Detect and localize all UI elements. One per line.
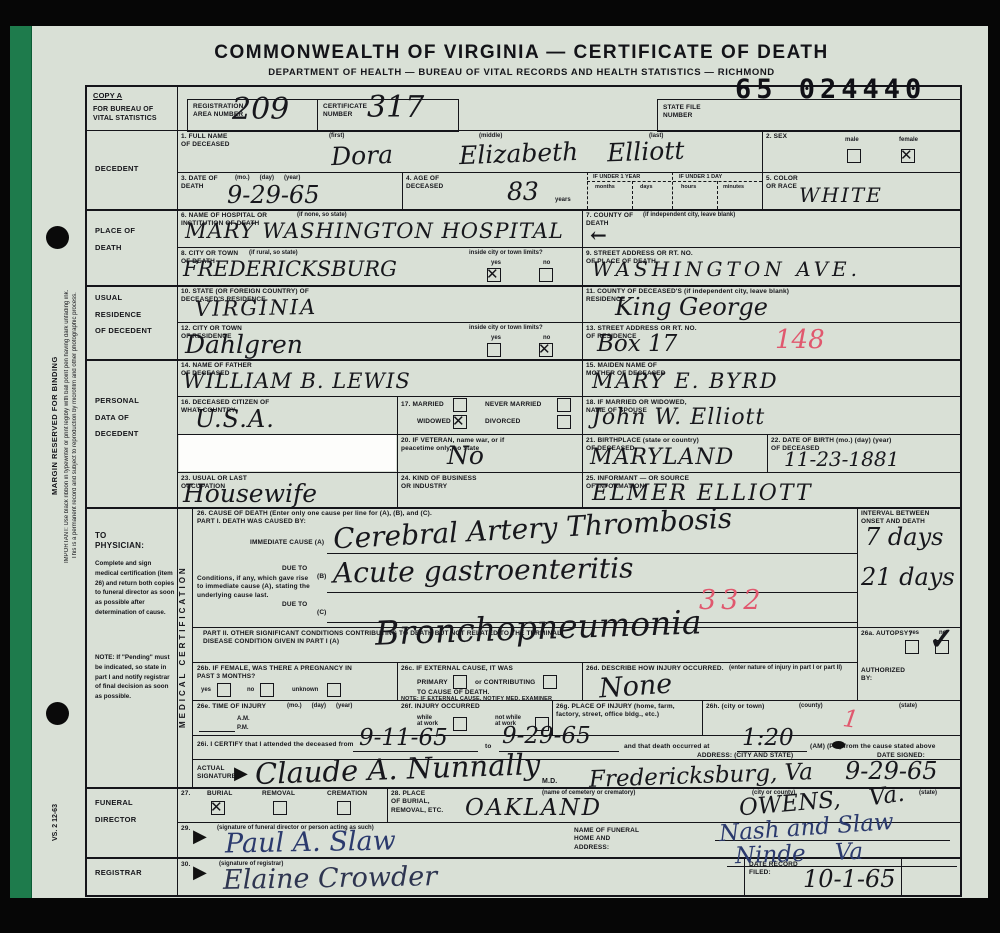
hospital-sub: (if none, so state)	[297, 212, 347, 218]
date-of-death-value: 9-29-65	[227, 183, 320, 207]
birthplace-value: Maryland	[590, 447, 734, 469]
injury-county-label: (county)	[799, 703, 823, 709]
line	[177, 247, 960, 248]
limits-no-checkbox-2	[539, 343, 553, 357]
middle-label: (middle)	[479, 133, 502, 139]
hospital-value: Mary Washington Hospital	[185, 221, 564, 242]
spouse-value: John W. Elliott	[592, 407, 765, 429]
city-of-death-value: Fredericksburg	[183, 259, 397, 280]
injury-occurred-label: 26f. INJURY OCCURRED	[401, 703, 480, 711]
binding-stripe	[10, 26, 32, 898]
sex-female-label: female	[899, 137, 918, 143]
state-file-value: 65 024440	[735, 74, 926, 105]
line	[582, 209, 583, 507]
certify-ampm: (AM) (PM) from the cause stated above	[810, 743, 935, 751]
color-race-label: 5. COLOR OR RACE	[766, 175, 798, 192]
line	[387, 787, 388, 822]
line	[87, 130, 960, 131]
conditions-note: Conditions, if any, which gave rise to i…	[197, 575, 310, 600]
county-of-death-value: ←	[590, 225, 607, 245]
widowed-checkbox	[453, 415, 467, 429]
line	[901, 857, 902, 895]
hours-label: hours	[681, 184, 696, 190]
limits-label-1: inside city or town limits?	[469, 250, 543, 256]
county-residence-value: King George	[615, 295, 768, 319]
married-label: 17. MARRIED	[401, 401, 444, 409]
box30-number: 30.	[181, 861, 191, 869]
line	[587, 172, 588, 209]
date-filed-value: 10-1-65	[803, 867, 896, 891]
age-label: 4. AGE OF DECEASED	[406, 175, 443, 192]
interval-a-value: 7 days	[865, 525, 943, 549]
margin-note-2: This is a permanent record and subject t…	[72, 96, 78, 756]
pm-ink-mark	[832, 741, 845, 749]
citizen-value: U.S.A.	[195, 407, 275, 431]
pregnancy-label: 26b. IF FEMALE, WAS THERE A PREGNANCY IN…	[197, 665, 352, 682]
mother-name-value: Mary E. Byrd	[592, 371, 779, 392]
time-of-injury-units: (mo.) (day) (year)	[287, 703, 352, 709]
line	[199, 731, 235, 732]
certify-mid: and that death occurred at	[624, 743, 710, 751]
due-to-c-label: DUE TO	[282, 601, 307, 609]
actual-signature-label: ACTUAL SIGNATURE	[197, 765, 236, 782]
line	[762, 130, 763, 209]
margin-title: MARGIN RESERVED FOR BINDING	[50, 116, 59, 736]
line	[177, 172, 960, 173]
line	[397, 662, 398, 700]
primary-checkbox	[453, 675, 467, 689]
pregnancy-no-label: no	[247, 687, 254, 693]
certify-to-date: 9-29-65	[502, 725, 591, 748]
state-file-label: STATE FILE NUMBER	[663, 104, 701, 121]
funeral-director-signature: Paul A. Slaw	[225, 828, 396, 858]
under-1-year-label: IF UNDER 1 YEAR	[593, 174, 640, 180]
cremation-checkbox	[337, 801, 351, 815]
section-decedent: DECEDENT	[95, 161, 139, 178]
interval-b-value: 21 days	[861, 565, 955, 589]
line	[192, 507, 193, 787]
certificate-form: COPY A FOR BUREAU OF VITAL STATISTICS RE…	[85, 85, 962, 897]
line	[632, 181, 633, 209]
months-label: months	[595, 184, 615, 190]
burial-state-value: Va.	[868, 783, 906, 811]
funeral-home-label: NAME OF FUNERAL HOME AND ADDRESS:	[574, 827, 639, 852]
place-of-injury-label: 26g. PLACE OF INJURY (home, farm, factor…	[556, 703, 675, 720]
autopsy-authorized-label: AUTHORIZED BY:	[861, 667, 905, 684]
color-race-value: WHITE	[799, 185, 883, 205]
describe-injury-sub: (enter nature of injury in part I or par…	[729, 665, 842, 671]
autopsy-label: 26a. AUTOPSY?	[861, 630, 912, 638]
primary-label: PRIMARY	[417, 679, 448, 687]
line	[587, 181, 762, 182]
removal-checkbox	[273, 801, 287, 815]
sex-label: 2. SEX	[766, 133, 787, 141]
external-cause-label: 26c. IF EXTERNAL CAUSE, IT WAS	[401, 665, 513, 673]
pregnancy-unknown-checkbox	[327, 683, 341, 697]
autopsy-yes-checkbox	[905, 640, 919, 654]
b-tag: (B)	[317, 573, 326, 581]
age-years-label: years	[555, 197, 571, 203]
county-of-death-sub: (if independent city, leave blank)	[643, 212, 735, 218]
sex-male-label: male	[845, 137, 859, 143]
autopsy-yes-label: yes	[909, 630, 919, 636]
copy-sub: FOR BUREAU OF VITAL STATISTICS	[93, 105, 157, 123]
part2-value: Bronchopneumonia	[375, 605, 703, 649]
line	[717, 181, 718, 209]
pregnancy-yes-label: yes	[201, 687, 211, 693]
line	[177, 396, 960, 397]
city-of-death-sub: (if rural, so state)	[249, 250, 298, 256]
line	[177, 472, 960, 473]
section-personal-data: PERSONAL DATA OF DECEDENT	[95, 393, 139, 443]
redacted-area	[179, 435, 396, 471]
line	[87, 359, 960, 361]
pm-label: P.M.	[237, 725, 249, 731]
cause-b-value: Acute gastroenteritis	[333, 554, 634, 587]
certificate-title: COMMONWEALTH OF VIRGINIA — CERTIFICATE O…	[85, 42, 958, 64]
copy-label: COPY A	[93, 91, 122, 101]
certificate-number-value: 317	[367, 93, 424, 123]
section-registrar: REGISTRAR	[95, 865, 142, 882]
form-code: VS. 2 12-63	[52, 768, 59, 878]
line	[702, 700, 703, 735]
father-name-value: William B. Lewis	[183, 371, 411, 392]
birth-date-value: 11-23-1881	[784, 449, 899, 469]
cremation-label: CREMATION	[327, 790, 367, 798]
never-married-checkbox	[557, 398, 571, 412]
informant-value: Elmer Elliott	[592, 483, 813, 505]
line	[192, 662, 857, 663]
box27-number: 27.	[181, 790, 191, 798]
occupation-value: Housewife	[183, 481, 317, 506]
line	[582, 662, 583, 700]
certificate-scan: MARGIN RESERVED FOR BINDING IMPORTANT: U…	[10, 26, 988, 898]
line	[87, 209, 960, 211]
injury-state-label: (state)	[899, 703, 917, 709]
limits-label-2: inside city or town limits?	[469, 325, 543, 331]
to-physician-body: Complete and sign medical certification …	[95, 559, 175, 618]
last-name-value: Elliott	[607, 138, 685, 166]
line	[857, 507, 858, 700]
autopsy-no-check: ✓	[929, 625, 954, 655]
street-residence-value: Box 17	[597, 333, 677, 356]
full-name-label: 1. FULL NAME OF DECEASED	[181, 133, 230, 150]
street-residence-red-number: 148	[775, 327, 825, 353]
limits-yes-checkbox-2	[487, 343, 501, 357]
contributing-checkbox	[543, 675, 557, 689]
line	[192, 700, 960, 701]
line	[327, 592, 857, 593]
line	[402, 172, 403, 209]
divorced-label: DIVORCED	[485, 418, 521, 426]
certify-from-date: 9-11-65	[359, 727, 448, 750]
never-married-label: NEVER MARRIED	[485, 401, 541, 409]
line	[87, 285, 960, 287]
burial-state-sub: (state)	[919, 790, 937, 796]
removal-label: REMOVAL	[262, 790, 295, 798]
certify-pre: 26i. I CERTIFY that I attended the decea…	[197, 741, 354, 749]
cemetery-value: Oakland	[465, 797, 602, 820]
registrar-signature: Elaine Crowder	[223, 863, 438, 894]
married-checkbox	[453, 398, 467, 412]
middle-name-value: Elizabeth	[459, 139, 579, 168]
age-value: 83	[507, 179, 539, 204]
limits-no-label-1: no	[543, 260, 550, 266]
certify-time: 1:20	[742, 727, 794, 750]
am-label: A.M.	[237, 716, 250, 722]
widowed-label: WIDOWED	[417, 418, 451, 426]
c-tag: (C)	[317, 609, 326, 617]
pregnancy-yes-checkbox	[217, 683, 231, 697]
physician-signature: Claude A. Nunnally	[255, 750, 541, 789]
date-signed-value: 9-29-65	[845, 759, 938, 783]
certificate-number-label: CERTIFICATE NUMBER	[323, 103, 367, 120]
first-label: (first)	[329, 133, 344, 139]
line	[767, 434, 768, 472]
describe-injury-value: None	[598, 670, 673, 702]
registration-area-value: 209	[232, 95, 289, 125]
line	[317, 99, 318, 130]
injury-red-mark: 1	[841, 706, 859, 732]
contributing-label: or CONTRIBUTING	[475, 679, 535, 687]
box29-number: 29.	[181, 825, 191, 833]
time-of-injury-label: 26e. TIME OF INJURY	[197, 703, 266, 711]
city-residence-value: Dahlgren	[185, 332, 303, 357]
limits-no-checkbox-1	[539, 268, 553, 282]
sex-male-checkbox	[847, 149, 861, 163]
line	[397, 396, 398, 507]
burial-checkbox	[211, 801, 225, 815]
immediate-cause-label: IMMEDIATE CAUSE (A)	[250, 539, 324, 547]
section-medical-certification: MEDICAL CERTIFICATION	[178, 515, 191, 779]
due-to-b-label: DUE TO	[282, 565, 307, 573]
registrar-signature-arrow-icon: ▶	[193, 862, 207, 883]
section-funeral-director: FUNERAL DIRECTOR	[95, 795, 136, 828]
md-label: M.D.	[542, 777, 557, 786]
signature-arrow-icon: ▶	[234, 763, 248, 784]
injury-city-label: 26h. (city or town)	[706, 703, 764, 711]
while-at-work-checkbox	[453, 717, 467, 731]
section-usual-residence: USUAL RESIDENCE OF DECEDENT	[95, 290, 152, 340]
red-code-332: 332	[699, 587, 766, 614]
street-of-death-value: Washington Ave.	[592, 259, 861, 279]
veteran-value: No	[447, 443, 484, 468]
business-label: 24. KIND OF BUSINESS OR INDUSTRY	[401, 475, 477, 492]
minutes-label: minutes	[723, 184, 744, 190]
funeral-signature-arrow-icon: ▶	[193, 826, 207, 847]
days-label: days	[640, 184, 653, 190]
divorced-checkbox	[557, 415, 571, 429]
pregnancy-no-checkbox	[260, 683, 274, 697]
limits-yes-label-2: yes	[491, 335, 501, 341]
section-place-of-death: PLACE OF DEATH	[95, 223, 135, 256]
sex-female-checkbox	[901, 149, 915, 163]
limits-yes-checkbox-1	[487, 268, 501, 282]
place-of-burial-label: 28. PLACE OF BURIAL, REMOVAL, ETC.	[391, 790, 443, 815]
line	[177, 322, 960, 323]
state-residence-value: Virginia	[195, 297, 318, 320]
line	[672, 172, 673, 209]
pregnancy-unknown-label: unknown	[292, 687, 318, 693]
margin-note-1: IMPORTANT: Use black ribbon in typewrite…	[64, 96, 70, 756]
certify-address-label: ADDRESS: (CITY AND STATE)	[697, 752, 793, 760]
under-1-day-label: IF UNDER 1 DAY	[679, 174, 722, 180]
date-of-death-label: 3. DATE OF DEATH	[181, 175, 218, 192]
first-name-value: Dora	[331, 142, 394, 169]
to-physician-note: NOTE: If "Pending" must be indicated, so…	[95, 653, 175, 702]
to-physician-title: TO PHYSICIAN:	[95, 531, 144, 552]
